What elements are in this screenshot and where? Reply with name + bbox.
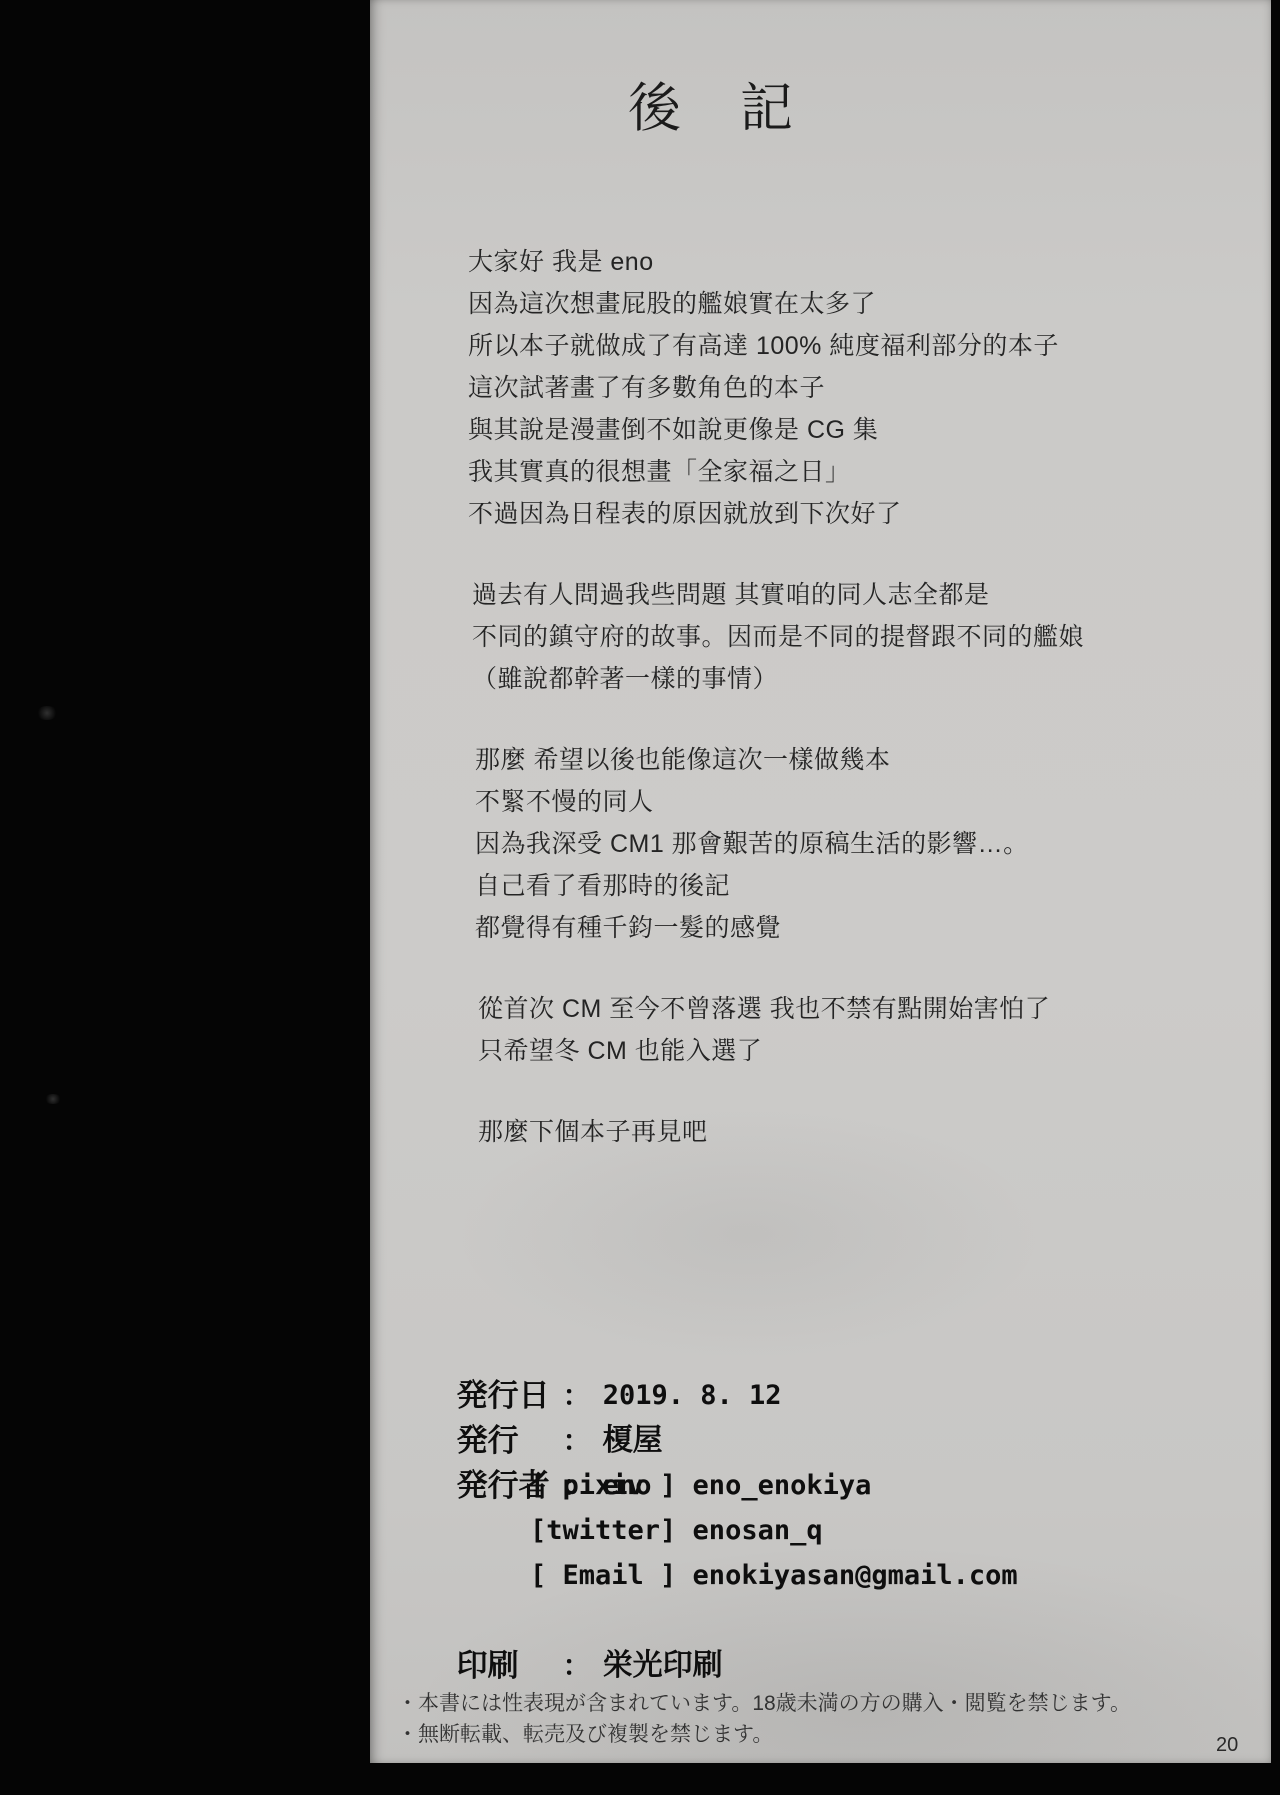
body-line: 不同的鎮守府的故事。因而是不同的提督跟不同的艦娘 <box>468 623 1084 651</box>
colophon-colon: ： <box>563 1643 591 1688</box>
body-line: 那麼 希望以後也能像這次一樣做幾本 <box>468 746 890 774</box>
colophon-label: 発行 <box>457 1418 563 1463</box>
scanned-page: 後 記 大家好 我是 eno 因為這次想畫屁股的艦娘實在太多了 所以本子就做成了… <box>370 0 1271 1763</box>
email-address-line: [ Email ] enokiyasan@gmail.com <box>430 1553 1018 1598</box>
scan-speck <box>36 706 58 720</box>
body-line: 我其實真的很想畫「全家福之日」 <box>468 458 851 486</box>
body-paragraph: 那麼 希望以後也能像這次一樣做幾本 不緊不慢的同人 因為我深受 CM1 那會艱苦… <box>468 739 1188 949</box>
body-line: 因為這次想畫屁股的艦娘實在太多了 <box>468 290 876 318</box>
twitter-account-line: [twitter] enosan_q <box>430 1508 1018 1553</box>
scan-speck <box>44 1094 62 1104</box>
body-paragraph: 大家好 我是 eno 因為這次想畫屁股的艦娘實在太多了 所以本子就做成了有高達 … <box>468 241 1188 535</box>
colophon-colon: ： <box>563 1373 591 1418</box>
body-line: 不過因為日程表的原因就放到下次好了 <box>468 500 902 528</box>
body-line: 都覺得有種千鈞一髮的感覺 <box>468 914 781 942</box>
colophon-label: 印刷 <box>457 1643 563 1688</box>
circle-name-value: 榎屋 <box>603 1418 663 1463</box>
disclaimer: ・本書には性表現が含まれています。18歳未満の方の購入・閲覧を禁じます。 ・無断… <box>397 1688 1131 1750</box>
body-line: 那麼下個本子再見吧 <box>468 1118 708 1146</box>
body-line: 這次試著畫了有多數角色的本子 <box>468 374 825 402</box>
scan-background: { "page": { "title": "後 記", "body_paragr… <box>0 0 1280 1795</box>
colophon-row-printer: 印刷：栄光印刷 <box>430 1598 1018 1643</box>
body-line: 過去有人問過我些問題 其實咱的同人志全都是 <box>468 581 989 609</box>
body-line: 從首次 CM 至今不曾落選 我也不禁有點開始害怕了 <box>468 995 1050 1023</box>
body-line: 大家好 我是 eno <box>468 248 654 276</box>
publish-date-value: 2019. 8. 12 <box>603 1373 782 1418</box>
afterword-body: 大家好 我是 eno 因為這次想畫屁股的艦娘實在太多了 所以本子就做成了有高達 … <box>468 241 1188 1192</box>
body-line: 因為我深受 CM1 那會艱苦的原稿生活的影響…。 <box>468 830 1029 858</box>
body-line: 自己看了看那時的後記 <box>468 872 730 900</box>
body-line: 不緊不慢的同人 <box>468 788 654 816</box>
disclaimer-line: ・無断転載、転売及び複製を禁じます。 <box>397 1719 1131 1750</box>
body-line: 與其說是漫畫倒不如說更像是 CG 集 <box>468 416 878 444</box>
body-line: 只希望冬 CM 也能入選了 <box>468 1037 762 1065</box>
body-paragraph: 那麼下個本子再見吧 <box>468 1111 1188 1153</box>
colophon-label: 発行日 <box>457 1373 563 1418</box>
body-line: （雖說都幹著一樣的事情） <box>468 665 778 693</box>
printer-name-value: 栄光印刷 <box>603 1643 723 1688</box>
afterword-title: 後 記 <box>628 66 805 142</box>
colophon: 発行日：2019. 8. 12 発行：榎屋 発行者：eno [ pixiv ] … <box>430 1328 1018 1643</box>
body-line: 所以本子就做成了有高達 100% 純度福利部分的本子 <box>468 332 1059 360</box>
body-paragraph: 過去有人問過我些問題 其實咱的同人志全都是 不同的鎮守府的故事。因而是不同的提督… <box>468 574 1188 700</box>
body-paragraph: 從首次 CM 至今不曾落選 我也不禁有點開始害怕了 只希望冬 CM 也能入選了 <box>468 988 1188 1072</box>
colophon-row-publish-date: 発行日：2019. 8. 12 <box>430 1328 1018 1373</box>
colophon-colon: ： <box>563 1418 591 1463</box>
page-number: 20 <box>1216 1734 1238 1757</box>
disclaimer-line: ・本書には性表現が含まれています。18歳未満の方の購入・閲覧を禁じます。 <box>397 1688 1131 1719</box>
